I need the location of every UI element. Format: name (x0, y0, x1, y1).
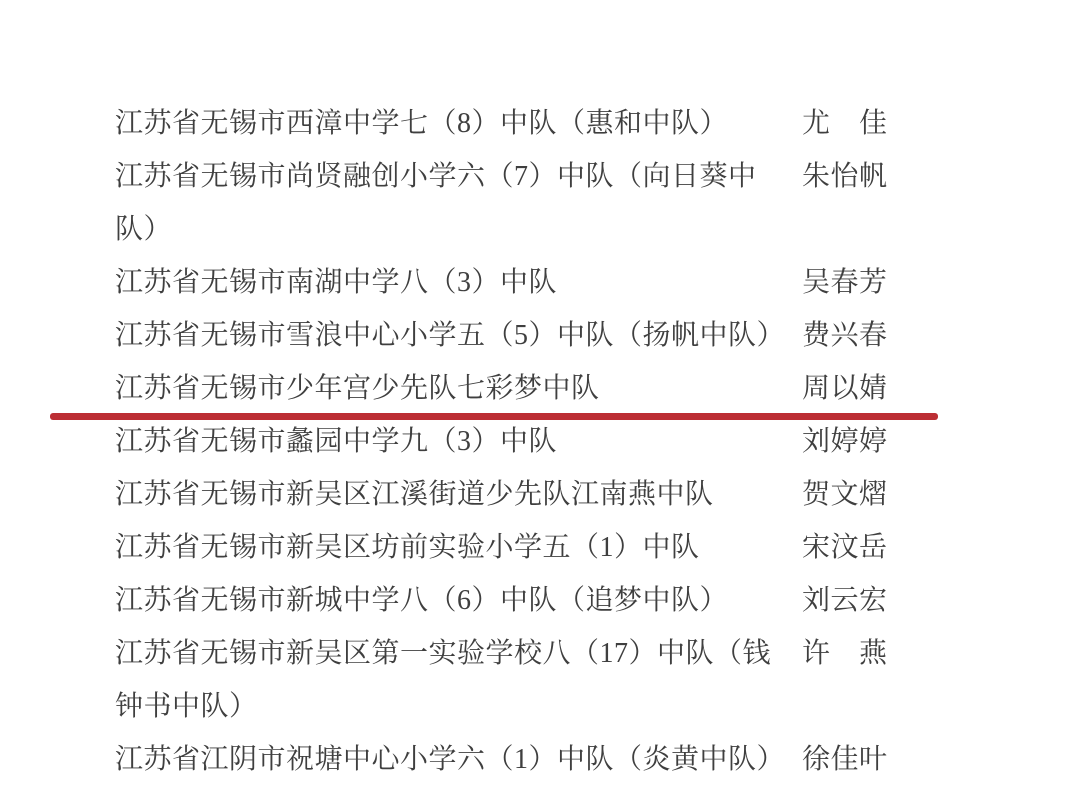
team-name-text: 队） (115, 203, 172, 256)
list-item: 江苏省无锡市西漳中学七（8）中队（惠和中队） 尤 佳 (115, 97, 950, 150)
team-name-text: 江苏省无锡市雪浪中心小学五（5）中队（扬帆中队） (115, 309, 785, 362)
team-name-text: 江苏省无锡市新吴区第一实验学校八（17）中队（钱 (115, 627, 771, 680)
list-item: 江苏省无锡市雪浪中心小学五（5）中队（扬帆中队） 费兴春 (115, 309, 950, 362)
list-item-highlighted: 江苏省无锡市少年宫少先队七彩梦中队 周以婧 (115, 362, 950, 415)
team-name-text: 江苏省无锡市尚贤融创小学六（7）中队（向日葵中 (115, 150, 757, 203)
person-name-text: 朱怡帆 (802, 150, 888, 203)
list-item: 江苏省无锡市新吴区坊前实验小学五（1）中队 宋汶岳 (115, 521, 950, 574)
person-name-text: 宋汶岳 (802, 521, 888, 574)
list-item: 江苏省无锡市尚贤融创小学六（7）中队（向日葵中 朱怡帆 (115, 150, 950, 203)
team-name-text: 江苏省无锡市新吴区江溪街道少先队江南燕中队 (115, 468, 714, 521)
list-item: 江苏省无锡市新吴区第一实验学校八（17）中队（钱 许 燕 (115, 627, 950, 680)
person-name-text: 许 燕 (802, 627, 888, 680)
team-name-text: 江苏省无锡市新吴区坊前实验小学五（1）中队 (115, 521, 700, 574)
red-underline (50, 413, 938, 420)
person-name-text: 周以婧 (802, 362, 888, 415)
person-name-text: 刘婷婷 (802, 415, 888, 468)
person-name-text: 费兴春 (802, 309, 888, 362)
person-name-text: 贺文熠 (802, 468, 888, 521)
person-name-text: 刘云宏 (802, 574, 888, 627)
person-name-text: 吴春芳 (802, 256, 888, 309)
team-name-text: 江苏省无锡市蠡园中学九（3）中队 (115, 415, 557, 468)
person-name-text: 徐佳叶 (802, 733, 888, 786)
list-item: 江苏省无锡市南湖中学八（3）中队 吴春芳 (115, 256, 950, 309)
list-item: 江苏省无锡市蠡园中学九（3）中队 刘婷婷 (115, 415, 950, 468)
person-name-text: 尤 佳 (802, 97, 888, 150)
list-item-continuation: 钟书中队） (115, 680, 950, 733)
team-name-text: 江苏省江阴市祝塘中心小学六（1）中队（炎黄中队） (115, 733, 785, 786)
team-name-text: 钟书中队） (115, 680, 258, 733)
team-name-text: 江苏省无锡市西漳中学七（8）中队（惠和中队） (115, 97, 728, 150)
award-list: 江苏省无锡市西漳中学七（8）中队（惠和中队） 尤 佳 江苏省无锡市尚贤融创小学六… (115, 97, 950, 786)
list-item: 江苏省江阴市祝塘中心小学六（1）中队（炎黄中队） 徐佳叶 (115, 733, 950, 786)
list-item-continuation: 队） (115, 203, 950, 256)
team-name-text: 江苏省无锡市少年宫少先队七彩梦中队 (115, 362, 600, 415)
team-name-text: 江苏省无锡市新城中学八（6）中队（追梦中队） (115, 574, 728, 627)
scanned-document-page: 江苏省无锡市西漳中学七（8）中队（惠和中队） 尤 佳 江苏省无锡市尚贤融创小学六… (0, 0, 1067, 788)
team-name-text: 江苏省无锡市南湖中学八（3）中队 (115, 256, 557, 309)
list-item: 江苏省无锡市新吴区江溪街道少先队江南燕中队 贺文熠 (115, 468, 950, 521)
list-item: 江苏省无锡市新城中学八（6）中队（追梦中队） 刘云宏 (115, 574, 950, 627)
